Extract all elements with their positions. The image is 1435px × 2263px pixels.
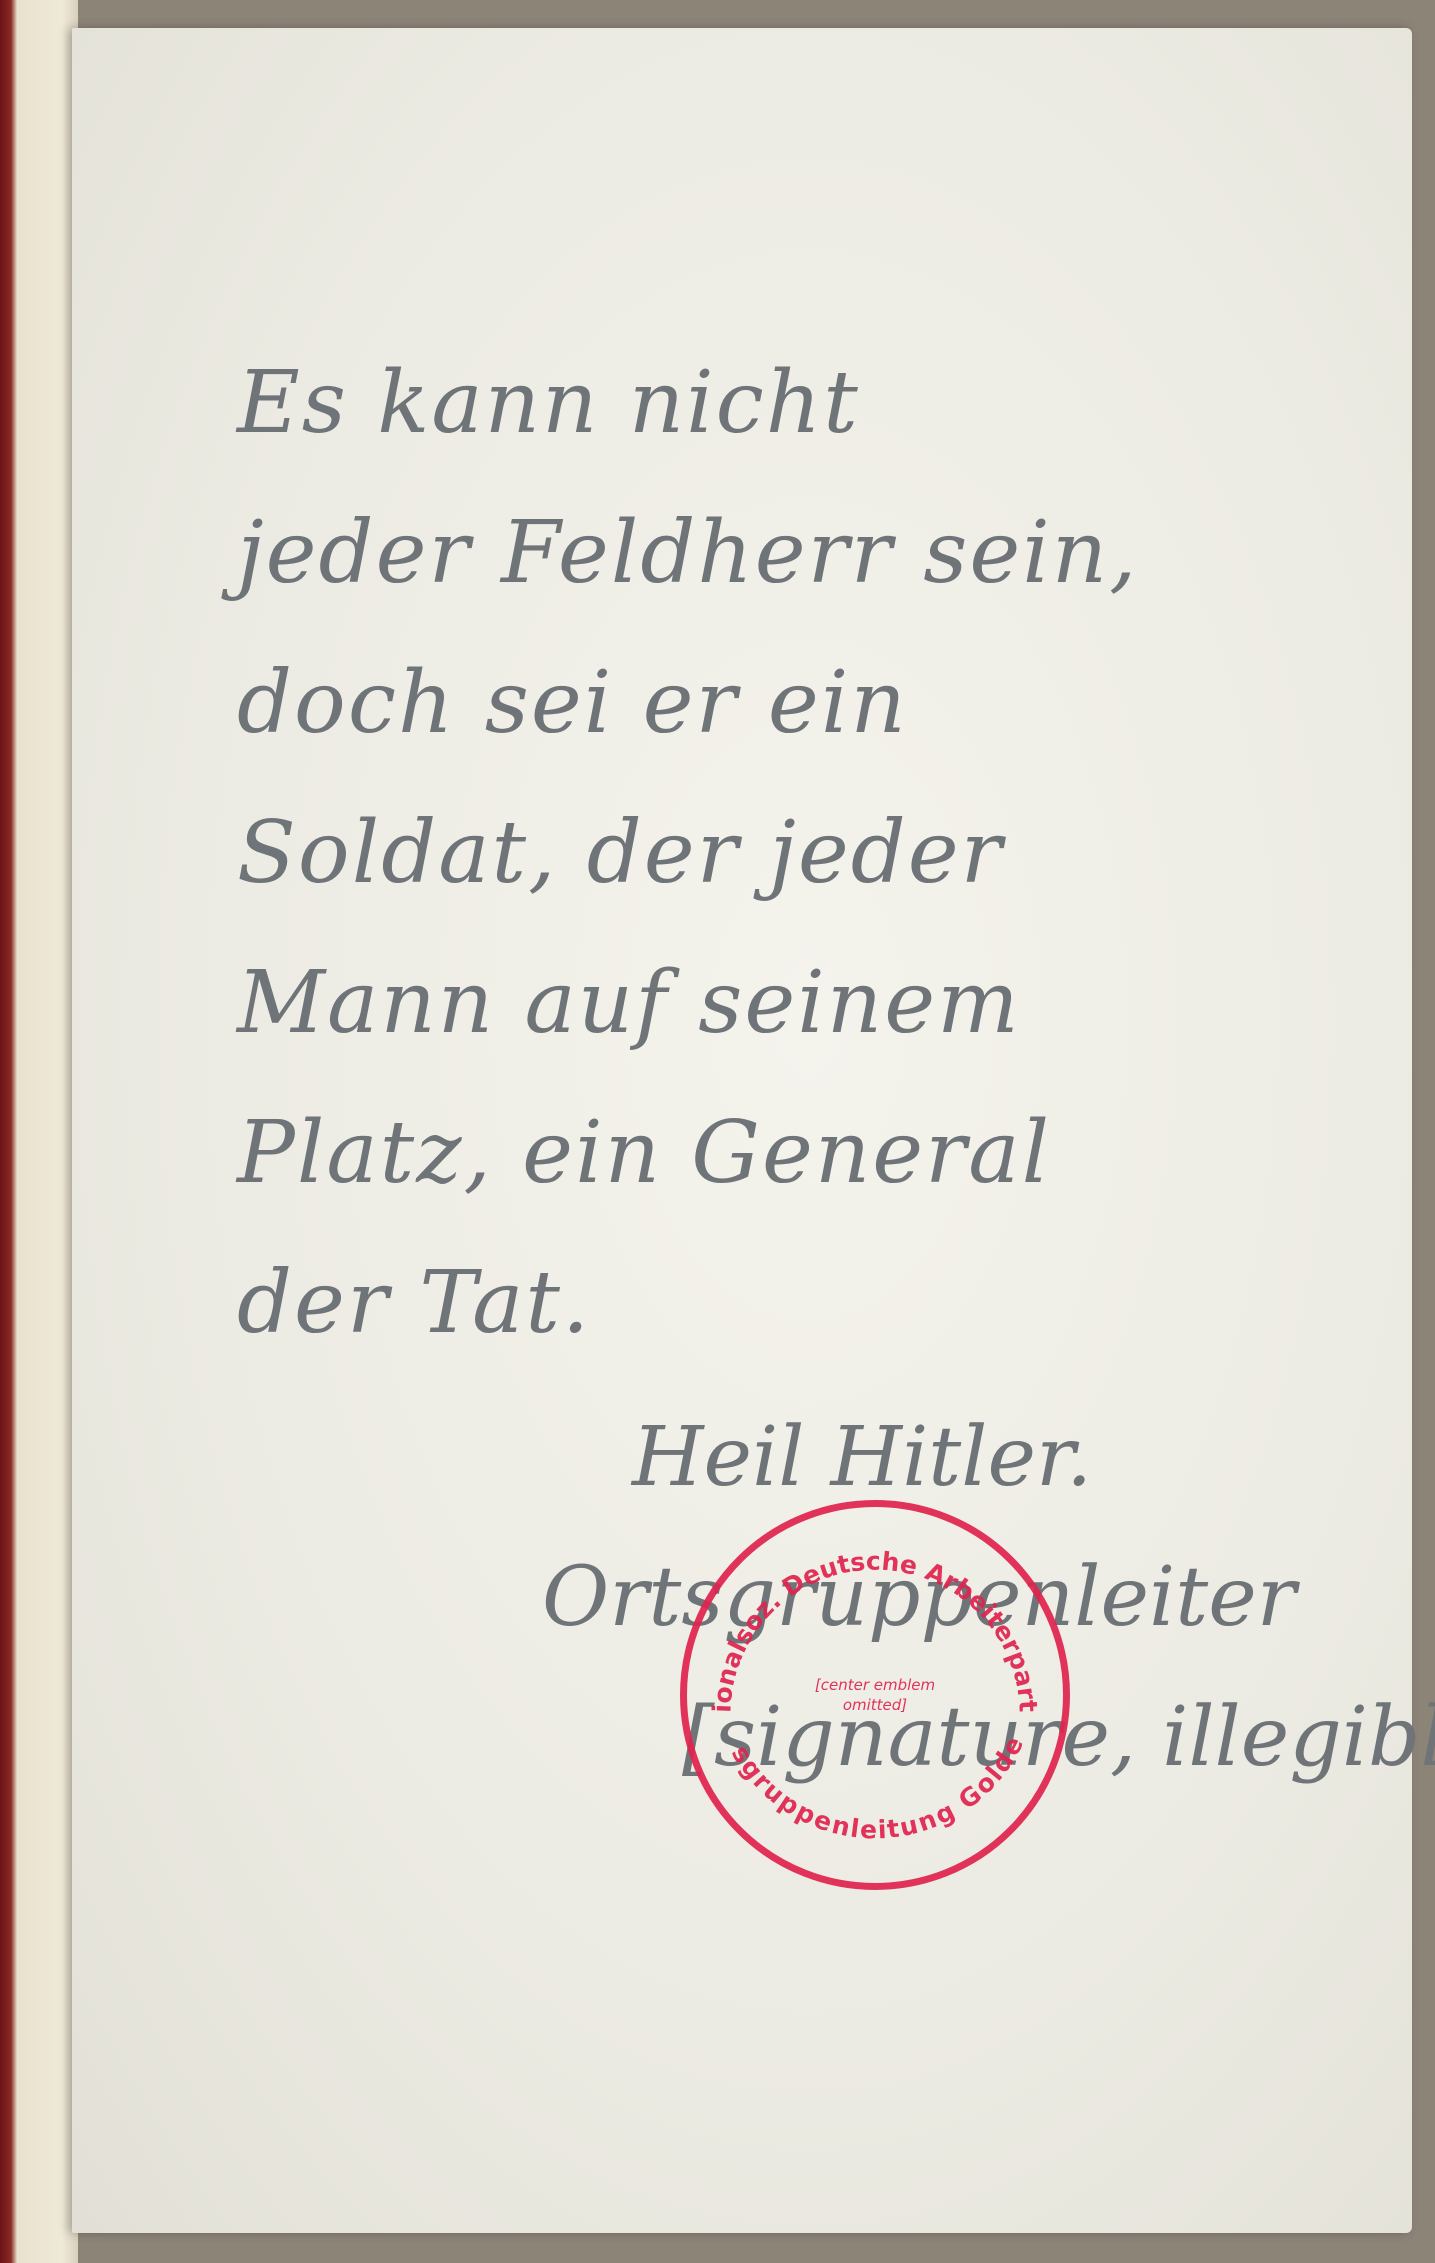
book-page: Es kann nicht jeder Feldherr sein, doch … [72,28,1412,2233]
adjacent-page-edge [0,0,78,2263]
text-line: Platz, ein General [237,1078,1337,1228]
text-line: doch sei er ein [237,628,1337,778]
text-line: jeder Feldherr sein, [237,478,1337,628]
handwritten-text: Es kann nicht jeder Feldherr sein, doch … [237,328,1337,1378]
stamp-center-note: [center emblem omitted] [790,1675,960,1715]
rubber-stamp-seal: Nationalsoz. Deutsche Arbeiterpartei • O… [680,1500,1070,1890]
text-line: Es kann nicht [237,328,1337,478]
text-line: Soldat, der jeder [237,778,1337,928]
text-line: der Tat. [237,1228,1337,1378]
text-line: Mann auf seinem [237,928,1337,1078]
